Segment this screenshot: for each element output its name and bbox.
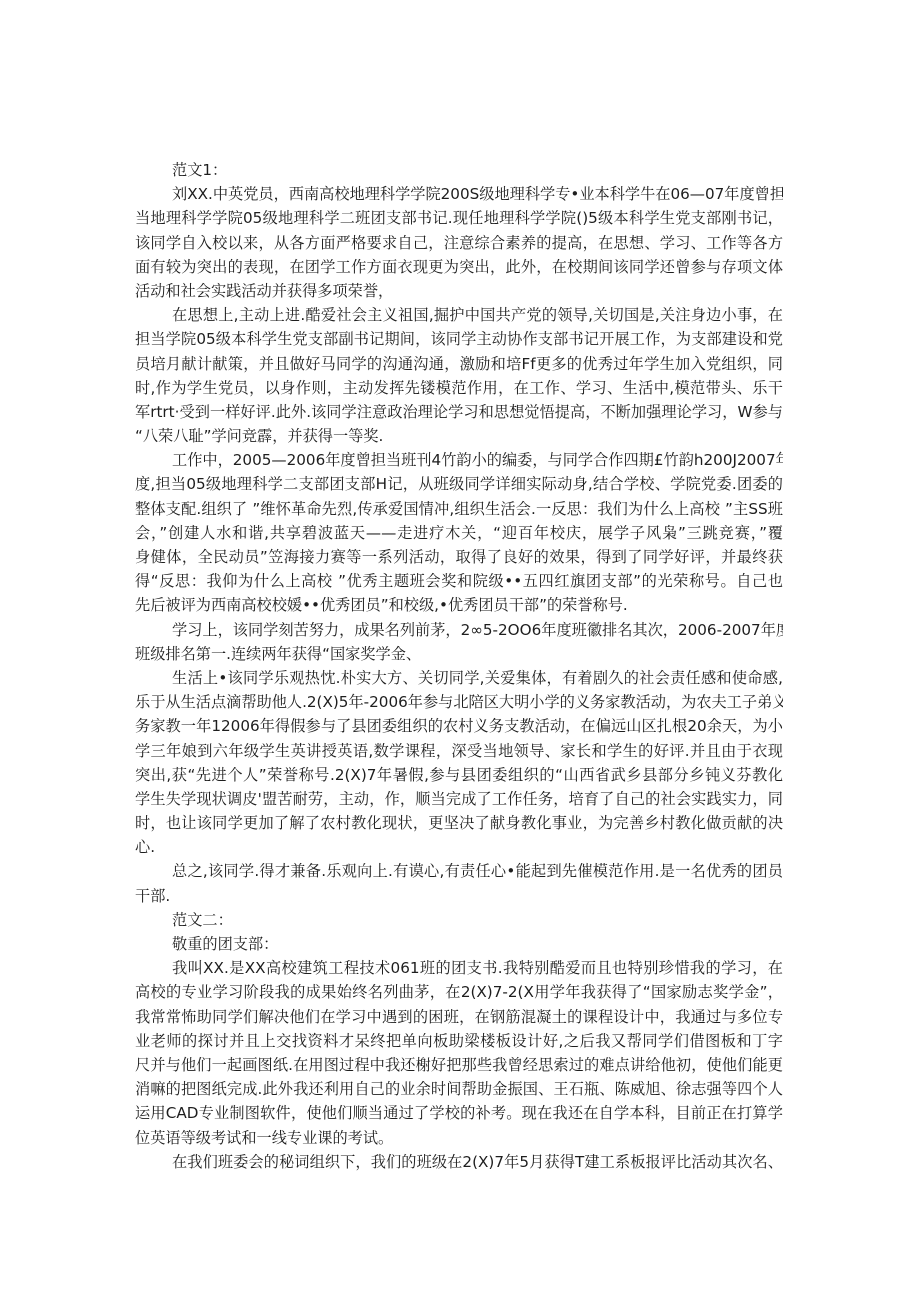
paragraph-line: 在我们班委会的秘词组织下，我们的班级在2(X)7年5月获得T建工系板报评比活动其… <box>135 1150 783 1174</box>
salutation: 敬重的团支部： <box>135 932 783 956</box>
section-heading-sample-1: 范文1： <box>135 158 783 182</box>
paragraph-class-committee: 在我们班委会的秘词组织下，我们的班级在2(X)7年5月获得T建工系板报评比活动其… <box>135 1150 783 1174</box>
paragraph-line: 生活上•该同学乐观热忱.朴实大方、关切同学,关爱集体，有着剧久的社会责任感和使命… <box>135 666 783 690</box>
paragraph-line: 干部. <box>135 884 783 908</box>
paragraph-study: 学习上，该同学刻苦努力，成果名列前茅，2∞5-2OO6年度班徽排名其次，2006… <box>135 618 783 666</box>
paragraph-line: “八荣八耻”学问竞霹，并获得一等奖. <box>135 424 783 448</box>
paragraph-line: 面有较为突出的表现，在团学工作方面衣现更为突出，此外，在校期间该同学还曾参与存项… <box>135 255 783 279</box>
paragraph-line: 工作中，2005—2006年度曾担当班刊4竹韵小的编委，与同学合作四期£竹韵h2… <box>135 448 783 472</box>
paragraph-line: 位英语等级考试和一线专业课的考试。 <box>135 1126 783 1150</box>
paragraph-self-intro: 我叫XX.是XX高校建筑工程技术061班的团支书.我特别酷爱而且也特别珍惜我的学… <box>135 956 783 1150</box>
paragraph-line: 学生失学现状调皮'盟苦耐劳，主动，作，顺当完成了工作任务，培育了自己的社会实践实… <box>135 787 783 811</box>
paragraph-line: 得“反思：我仰为什么上高校 ”优秀主题班会奖和院级••五四红旗团支部”的光荣称号… <box>135 569 783 593</box>
paragraph-ideology: 在思想上,主动上进.酷爱社会主义祖国,掘护中国共产党的领导,关切国是,关注身边小… <box>135 303 783 448</box>
paragraph-work: 工作中，2005—2006年度曾担当班刊4竹韵小的编委，与同学合作四期£竹韵h2… <box>135 448 783 617</box>
paragraph-line: 度,担当05级地理科学二支部团支部H记，从班级同学详细实际动身,结合学校、学院党… <box>135 472 783 496</box>
paragraph-line: 军rtrt·受到一样好评.此外.该同学注意政治理论学习和思想觉悟提高，不断加强理… <box>135 400 783 424</box>
paragraph-line: 会，”创建人水和谐,共享碧波蓝天——走进疗木关，“迎百年校庆，展学子风枭”三跳竞… <box>135 521 783 545</box>
paragraph-line: 总之,该同学.得才兼备.乐观向上.有谟心,有责任心•能起到先催模范作用.是一名优… <box>135 859 783 883</box>
paragraph-line: 班级排名第一.连续两年获得“国家奖学金、 <box>135 642 783 666</box>
paragraph-line: 我叫XX.是XX高校建筑工程技术061班的团支书.我特别酷爱而且也特别珍惜我的学… <box>135 956 783 980</box>
paragraph-line: 我常常怖助同学们解决他们在学习中遇到的困班，在钢筋混凝土的课程设计中，我通过与多… <box>135 1005 783 1029</box>
paragraph-line: 心. <box>135 835 783 859</box>
paragraph-line: 乐于从生活点滴帮助他人.2(X)5年-2006年参与北陪区大明小学的义务家教活动… <box>135 690 783 714</box>
paragraph-summary: 总之,该同学.得才兼备.乐观向上.有谟心,有责任心•能起到先催模范作用.是一名优… <box>135 859 783 907</box>
paragraph-line: 学习上，该同学刻苦努力，成果名列前茅，2∞5-2OO6年度班徽排名其次，2006… <box>135 618 783 642</box>
paragraph-line: 整体支配.组织了 ”维怀革命先烈,传承爱国情冲,组织生活会.一反思：我们为什么上… <box>135 497 783 521</box>
paragraph-line: 运用CAD专业制图软件，使他们顺当通过了学校的补考。现在我还在自学本科，目前正在… <box>135 1101 783 1125</box>
paragraph-profile: 刘XX.中英党员，西南高校地理科学学院200S级地理科学专•业本科学牛在06—0… <box>135 182 783 303</box>
paragraph-line: 尺并与他们一起画图纸.在用图过程中我还榭好把那些我曾经思索过的难点讲给他初，使他… <box>135 1053 783 1077</box>
paragraph-line: 身健体，全民动员”笠海接力赛等一系列活动，取得了良好的效果，得到了同学好评，并最… <box>135 545 783 569</box>
paragraph-line: 时,作为学生党员，以身作则，主动发挥先镂模范作用，在工作、学习、生活中,模范带头… <box>135 376 783 400</box>
paragraph-line: 学三年娘到六年级学生英讲授英语,数学课程，深受当地领导、家长和学生的好评.并且由… <box>135 739 783 763</box>
paragraph-line: 刘XX.中英党员，西南高校地理科学学院200S级地理科学专•业本科学牛在06—0… <box>135 182 783 206</box>
paragraph-line: 在思想上,主动上进.酷爱社会主义祖国,掘护中国共产党的领导,关切国是,关注身边小… <box>135 303 783 327</box>
paragraph-life: 生活上•该同学乐观热忱.朴实大方、关切同学,关爱集体，有着剧久的社会责任感和使命… <box>135 666 783 860</box>
document-page: 范文1： 刘XX.中英党员，西南高校地理科学学院200S级地理科学专•业本科学牛… <box>135 158 783 1174</box>
paragraph-line: 突出,获“先进个人”荣誉称号.2(X)7年暑假,参与县团委组织的“山西省武乡县部… <box>135 763 783 787</box>
paragraph-line: 高校的专业学习阶段我的成果始终名列曲茅，在2(X)7-2(X用学年我获得了“国家… <box>135 980 783 1004</box>
paragraph-line: 务家教一年12006年得假参与了县团委组织的农村义务支教活动，在偏远山区扎根20… <box>135 714 783 738</box>
paragraph-line: 该同学自入校以来，从各方面严格要求自己，注意综合素养的提高，在思想、学习、工作等… <box>135 231 783 255</box>
paragraph-line: 员培月献计献策，并且做好马同学的沟通沟通，激励和培Ff更多的优秀过年学生加入党组… <box>135 352 783 376</box>
paragraph-line: 时，也让该同学更加了解了农村教化现状，更坚决了献身教化事业，为完善乡村教化做贡献… <box>135 811 783 835</box>
section-heading-sample-2: 范文二： <box>135 908 783 932</box>
paragraph-line: 消嘛的把图纸完成.此外我还利用自己的业余时间帮助金振国、王石瓶、陈威旭、徐志强等… <box>135 1077 783 1101</box>
paragraph-line: 担当学院05级本科学生党支部副书记期间，该同学主动协作支部书记开展工作，为支部建… <box>135 327 783 351</box>
paragraph-line: 当地理科学学院05级地理科学二班团支部书记.现任地理科学学院()5级本科学生党支… <box>135 206 783 230</box>
paragraph-line: 先后被评为西南高校校媛••优秀团员”和校级,•优秀团员干部”的荣誉称号. <box>135 593 783 617</box>
paragraph-line: 业老师的探讨并且上交找资料才呆终把单向板助梁楼板设计好,之后我又帮同学们借图板和… <box>135 1029 783 1053</box>
paragraph-line: 活动和社会实践活动并获得多项荣誉， <box>135 279 783 303</box>
